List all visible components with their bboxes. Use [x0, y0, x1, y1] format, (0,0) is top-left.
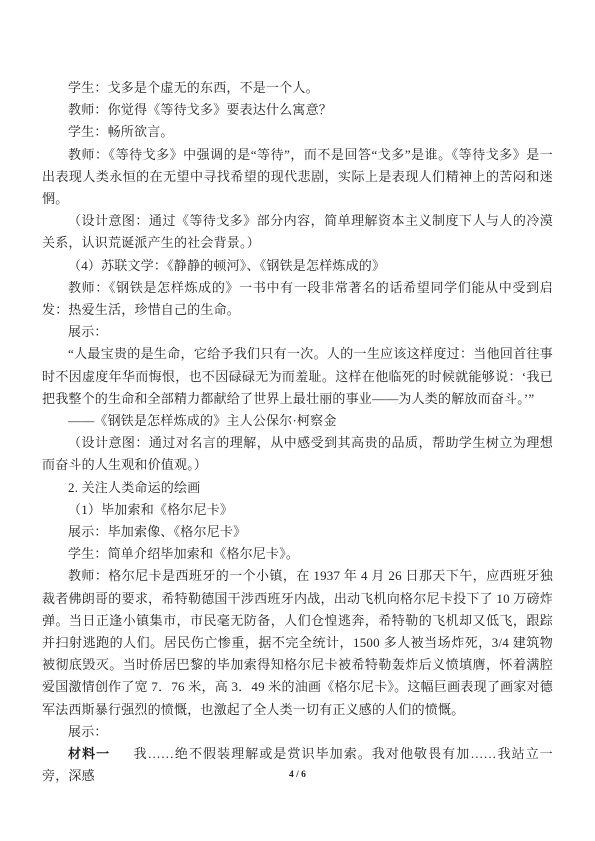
para-teacher-steel-intro: 教师：《钢铁是怎样炼成的》一书中有一段非常著名的话希望同学们能从中受到启发：热爱…: [42, 277, 553, 321]
para-heading-picasso-guernica: （1）毕加索和《格尔尼卡》: [42, 499, 553, 521]
para-display-label-material: 展示：: [42, 721, 553, 743]
para-steel-famous-quote: “人最宝贵的是生命，它给予我们只有一次。人的一生应该这样度过：当他回首往事时不因…: [42, 343, 553, 410]
para-teacher-guernica-history: 教师：格尔尼卡是西班牙的一个小镇，在 1937 年 4 月 26 日那天下午，应…: [42, 565, 553, 720]
para-student-introduce-picasso: 学生：简单介绍毕加索和《格尔尼卡》。: [42, 543, 553, 565]
document-page: 学生：戈多是个虚无的东西，不是一个人。 教师：你觉得《等待戈多》要表达什么寓意？…: [0, 0, 595, 841]
para-teacher-godot-meaning-question: 教师：你觉得《等待戈多》要表达什么寓意？: [42, 99, 553, 121]
page-number: 4 / 6: [0, 770, 595, 780]
para-material-1: 材料一我……绝不假装理解或是赏识毕加索。我对他敬畏有加……我站立一旁，深感: [42, 743, 553, 787]
para-heading-soviet-literature: （4）苏联文学：《静静的顿河》、《钢铁是怎样炼成的》: [42, 255, 553, 277]
para-display-picasso-images: 展示：毕加索像、《格尔尼卡》: [42, 521, 553, 543]
para-display-label-quote: 展示：: [42, 321, 553, 343]
para-quote-attribution: ——《钢铁是怎样炼成的》主人公保尔·柯察金: [42, 410, 553, 432]
document-body: 学生：戈多是个虚无的东西，不是一个人。 教师：你觉得《等待戈多》要表达什么寓意？…: [42, 77, 553, 788]
material-1-label: 材料一: [68, 746, 110, 761]
para-student-free-talk: 学生：畅所欲言。: [42, 121, 553, 143]
para-design-intent-quote: （设计意图：通过对名言的理解，从中感受到其高贵的品质，帮助学生树立为理想而奋斗的…: [42, 432, 553, 476]
para-teacher-godot-explanation: 教师：《等待戈多》中强调的是“等待”，而不是回答“戈多”是谁。《等待戈多》是一出…: [42, 144, 553, 211]
para-student-godot-nothing: 学生：戈多是个虚无的东西，不是一个人。: [42, 77, 553, 99]
para-design-intent-godot: （设计意图：通过《等待戈多》部分内容，简单理解资本主义制度下人与人的冷漠关系，认…: [42, 210, 553, 254]
para-heading-painting-section: 2. 关注人类命运的绘画: [42, 477, 553, 499]
